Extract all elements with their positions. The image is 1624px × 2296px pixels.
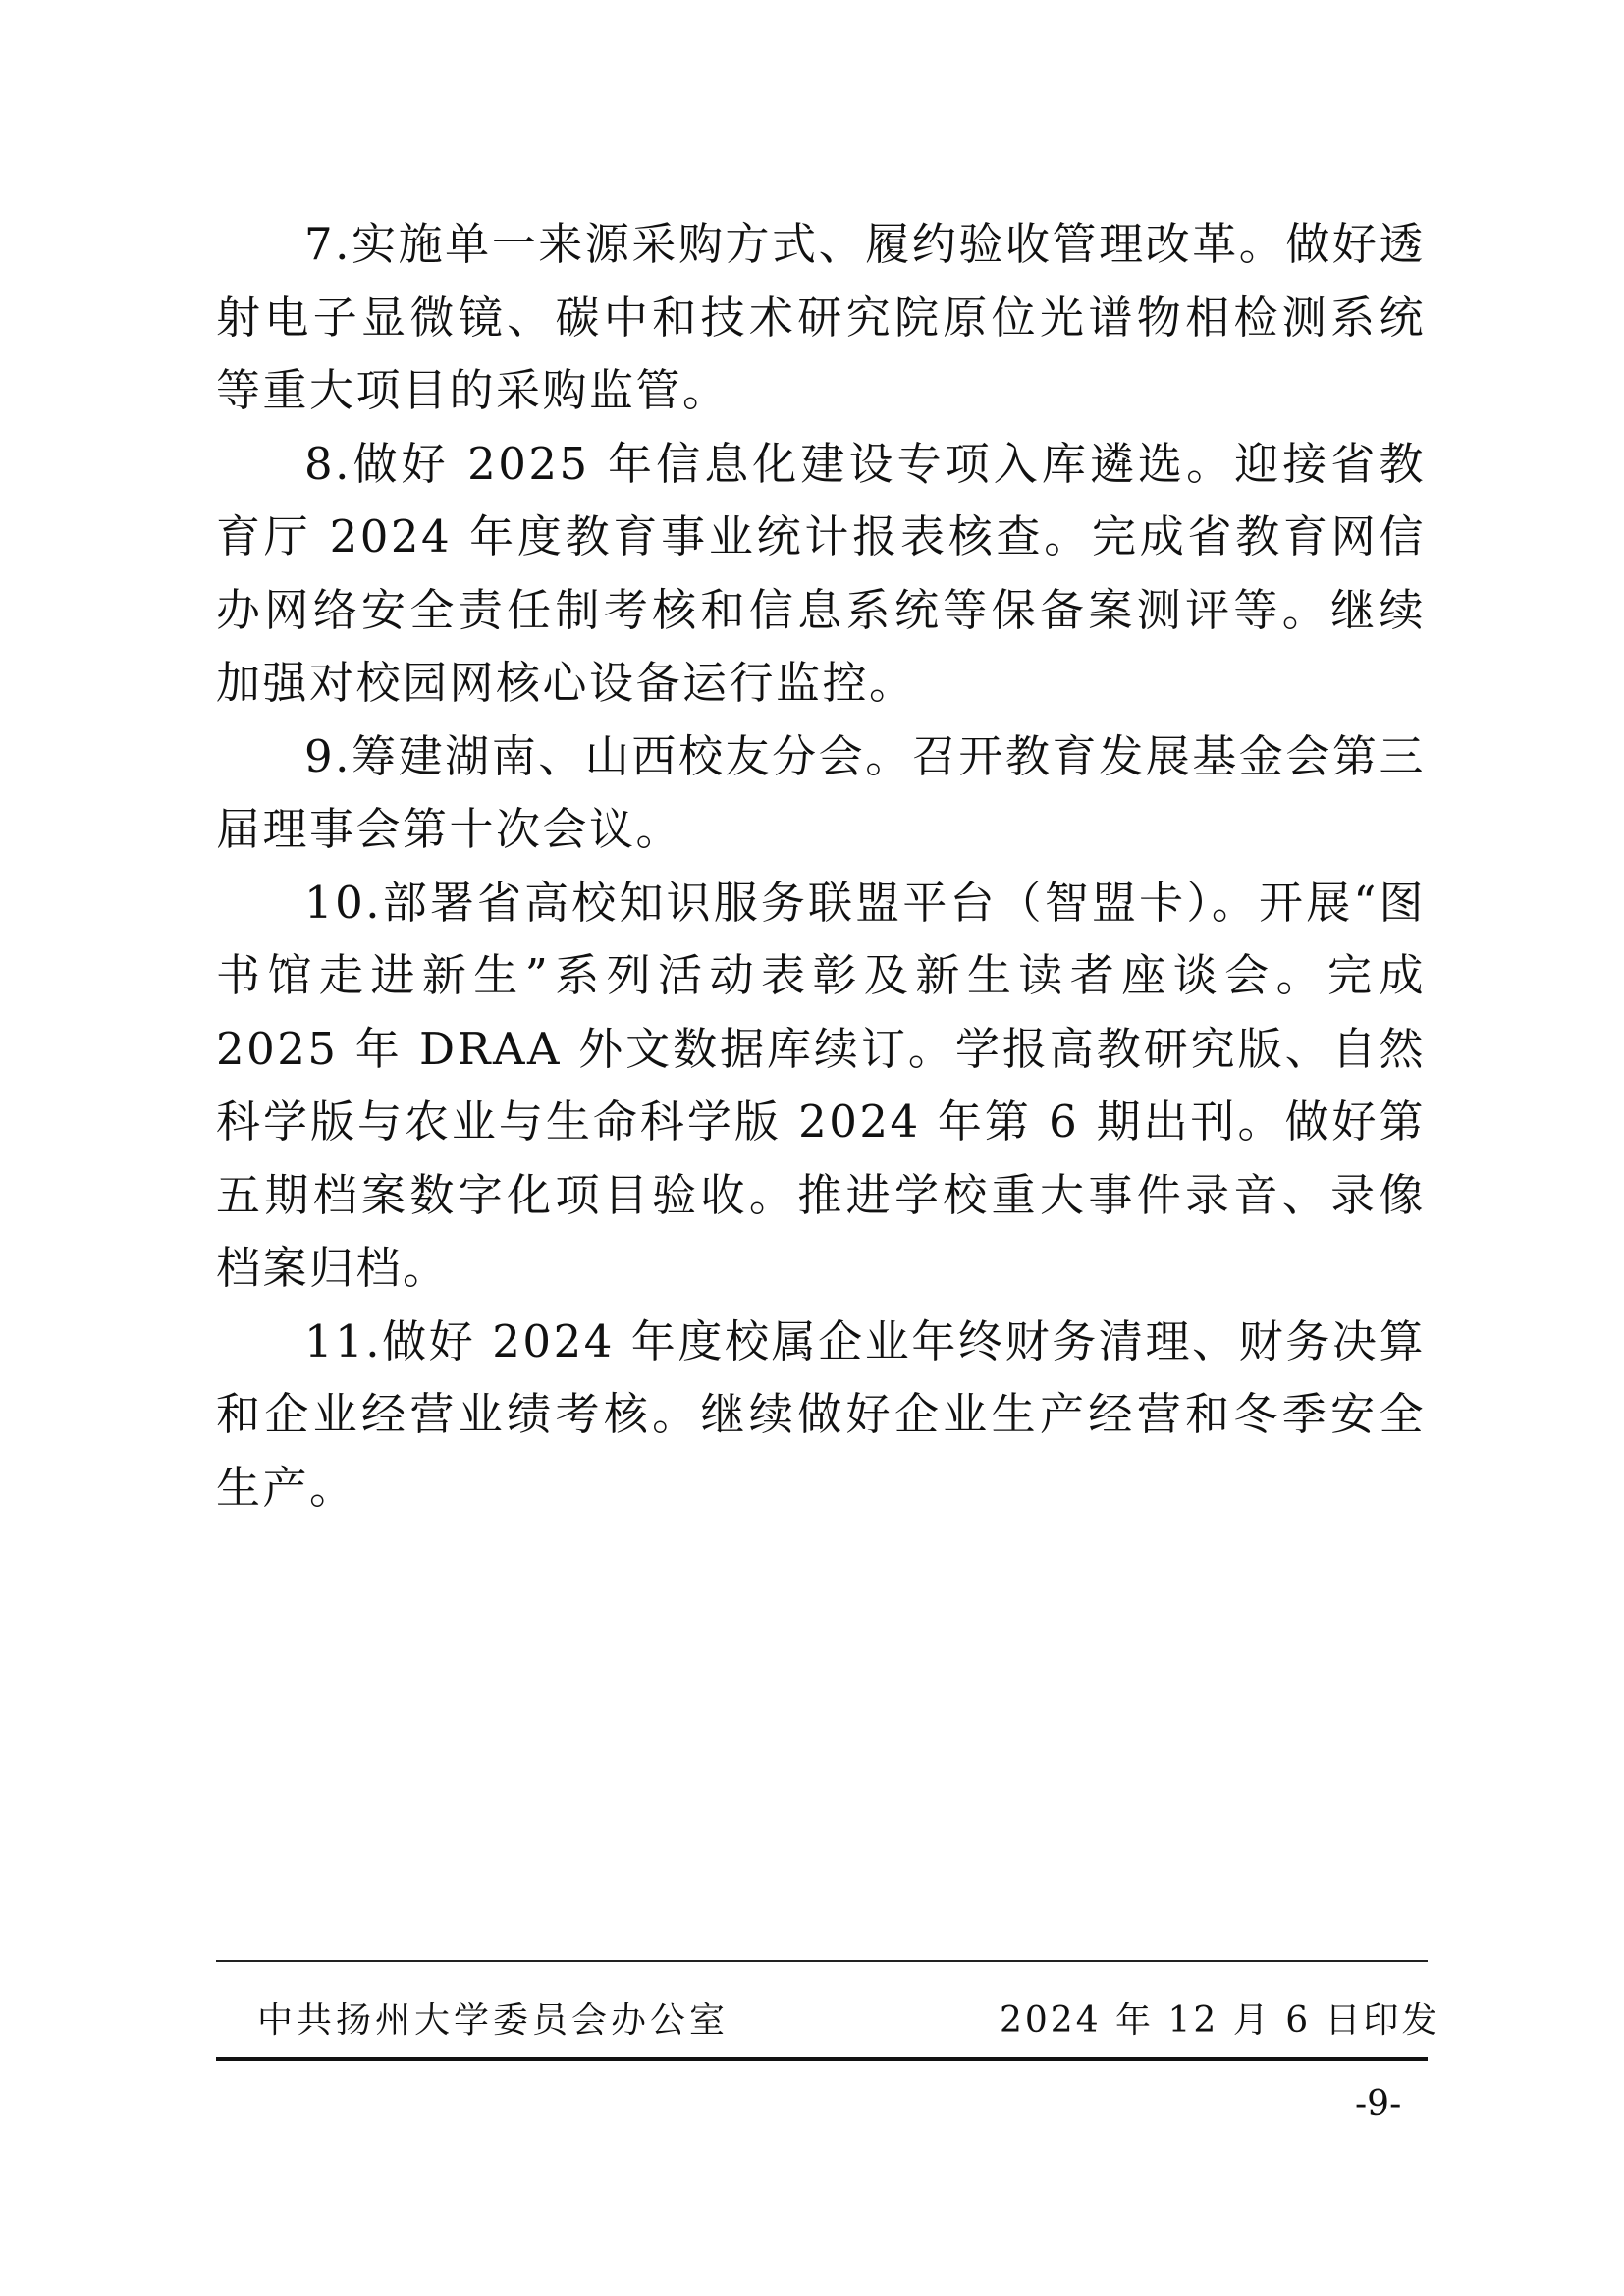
issuer-name: 中共扬州大学委员会办公室 bbox=[257, 1993, 729, 2043]
paragraph-item-7: 7.实施单一来源采购方式、履约验收管理改革。做好透射电子显微镜、碳中和技术研究院… bbox=[216, 208, 1426, 428]
issue-date: 2024 年 12 月 6 日印发 bbox=[1000, 1993, 1440, 2043]
paragraph-item-8: 8.做好 2025 年信息化建设专项入库遴选。迎接省教育厅 2024 年度教育事… bbox=[216, 428, 1426, 721]
footer-bottom-rule bbox=[216, 2057, 1428, 2061]
paragraph-item-9: 9.筹建湖南、山西校友分会。召开教育发展基金会第三届理事会第十次会议。 bbox=[216, 721, 1426, 867]
footer-top-rule bbox=[216, 1960, 1428, 1962]
document-body: 7.实施单一来源采购方式、履约验收管理改革。做好透射电子显微镜、碳中和技术研究院… bbox=[216, 208, 1426, 1524]
page-number: -9- bbox=[1355, 2084, 1401, 2124]
paragraph-item-11: 11.做好 2024 年度校属企业年终财务清理、财务决算和企业经营业绩考核。继续… bbox=[216, 1306, 1426, 1525]
paragraph-item-10: 10.部署省高校知识服务联盟平台（智盟卡）。开展“图书馆走进新生”系列活动表彰及… bbox=[216, 867, 1426, 1306]
